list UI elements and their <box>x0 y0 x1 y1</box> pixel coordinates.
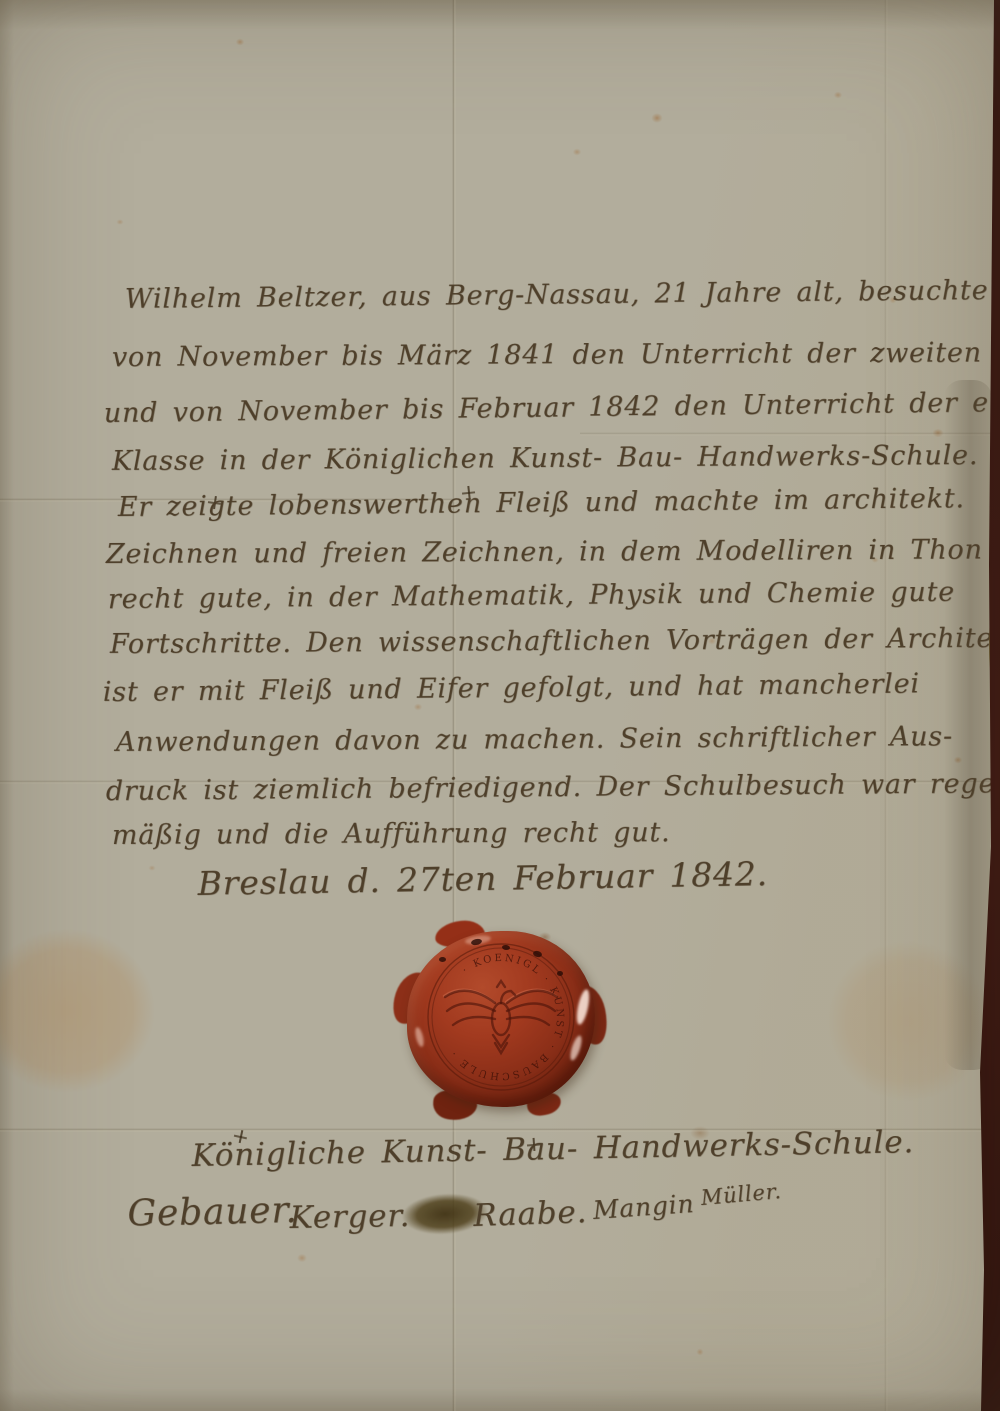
document-photo: Wilhelm Beltzer, aus Berg-Nassau, 21 Jah… <box>0 0 1000 1411</box>
manuscript-line: Zeichnen und freien Zeichnen, in dem Mod… <box>106 534 983 570</box>
manuscript-line: Klasse in der Königlichen Kunst- Bau- Ha… <box>112 440 979 477</box>
manuscript-line: mäßig und die Aufführung recht gut. <box>112 817 671 851</box>
signature-raabe: Raabe. <box>473 1194 588 1234</box>
signature-gebauer: Gebauer. <box>127 1190 298 1235</box>
seal-emboss: · KOENIGL · KUNST · BAUSCHULE · <box>407 931 595 1107</box>
manuscript-line: Anwendungen davon zu machen. Sein schrif… <box>116 721 953 758</box>
prussian-eagle-icon <box>445 981 557 1053</box>
seal-inscription: · KOENIGL · KUNST · BAUSCHULE · <box>448 953 565 1081</box>
wax-seal: · KOENIGL · KUNST · BAUSCHULE · <box>407 931 595 1107</box>
soot-speck <box>557 971 563 976</box>
signature-kerger: Kerger. <box>289 1198 410 1236</box>
soot-speck <box>439 957 446 962</box>
manuscript-line: von November bis März 1841 den Unterrich… <box>112 337 982 373</box>
svg-text:· KOENIGL · KUNST · BAUSCHULE: · KOENIGL · KUNST · BAUSCHULE · <box>448 953 565 1081</box>
manuscript-line: Fortschritte. Den wissenschaftlichen Vor… <box>110 622 1000 660</box>
